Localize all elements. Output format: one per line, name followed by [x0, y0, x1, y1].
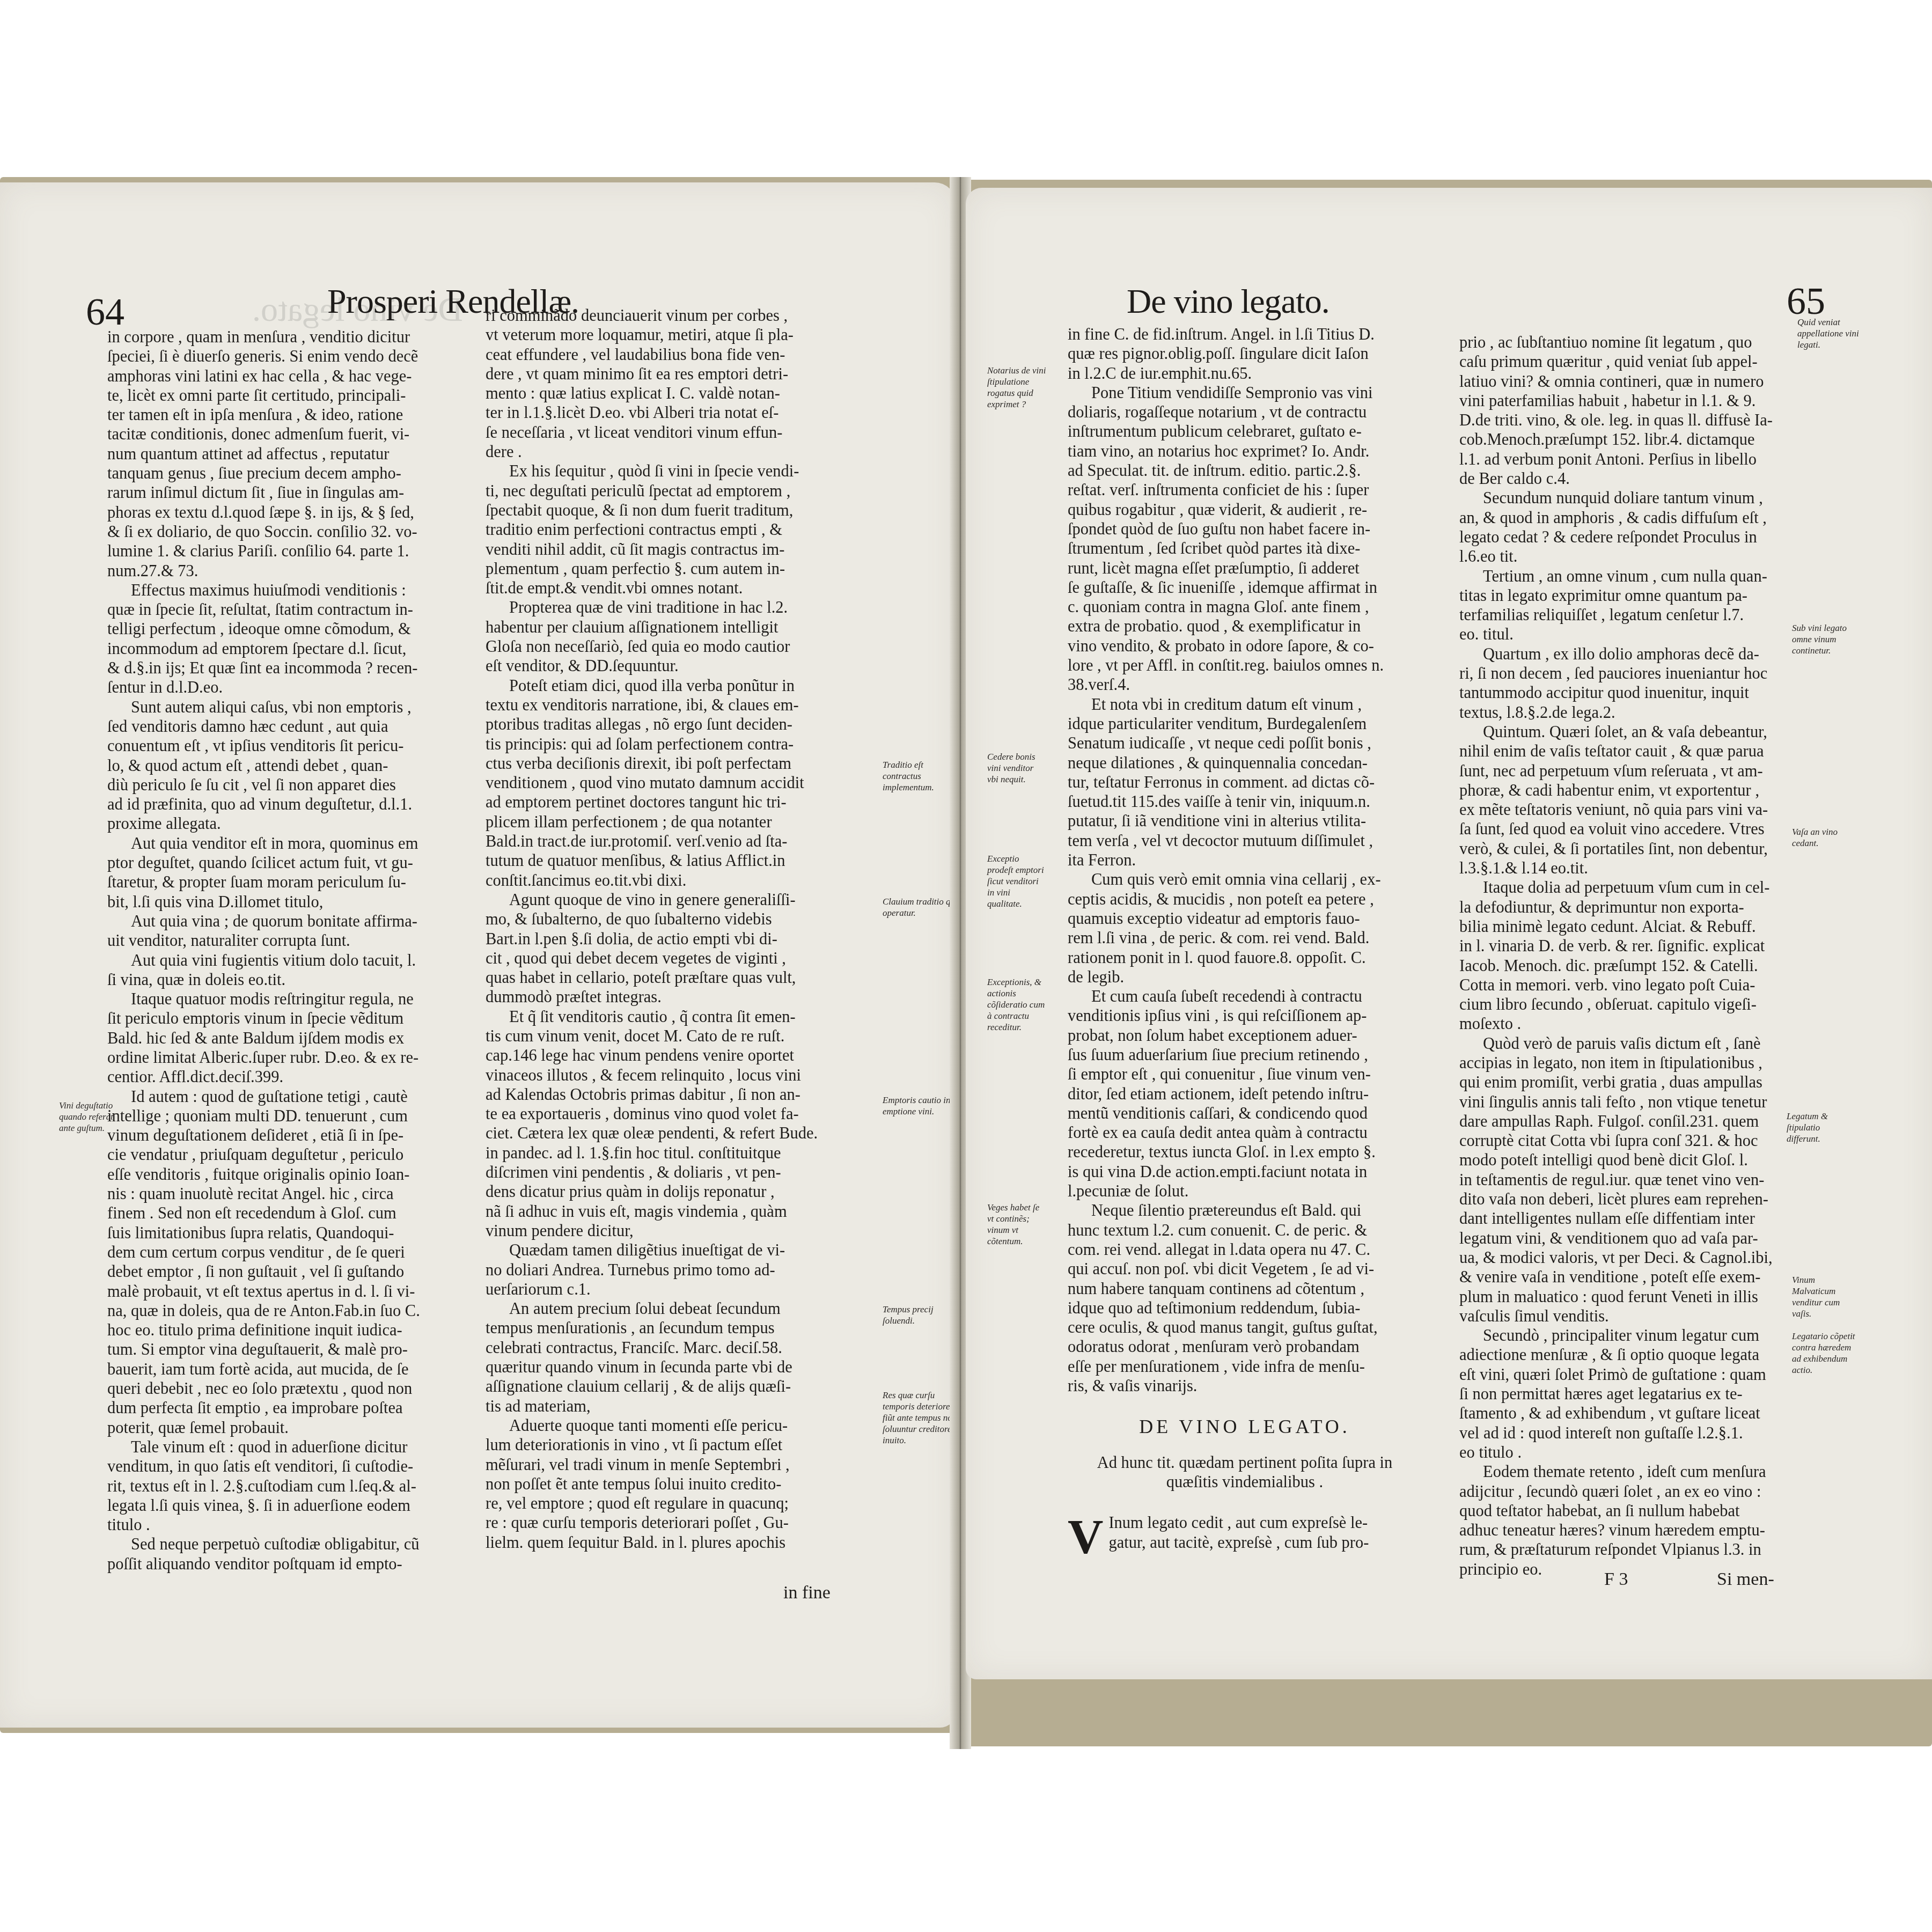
- text-line: eſſe per menſurationem , vide infra de m…: [1068, 1357, 1422, 1376]
- text-line: probat, non ſolum habet exceptionem adue…: [1068, 1026, 1422, 1045]
- text-line: ex mẽte teſtatoris veniunt, nõ quia pars…: [1459, 800, 1803, 819]
- text-line: poterit, quæ ſemel probauit.: [107, 1418, 478, 1437]
- text-line: rit, textus eſt in l. 2.§.cuſtodiam cum …: [107, 1476, 478, 1496]
- text-line: corruptè citat Cotta vbi ſupra conſ 321.…: [1459, 1131, 1803, 1150]
- text-line: tutum de quatuor menſibus, & latius Affl…: [486, 851, 872, 870]
- section-note: Ad hunc tit. quædam pertinent poſita ſup…: [1068, 1453, 1422, 1472]
- text-line: venditionem , quod vino mutato damnum ac…: [486, 773, 872, 792]
- text-line: & d.§.in ijs; Et quæ ſint ea incommoda ?…: [107, 658, 478, 678]
- text-line: celebrati contractus, Franciſc. Marc. de…: [486, 1338, 872, 1357]
- text-column-2: ri comminãdo deunciauerit vinum per corb…: [486, 306, 872, 1552]
- text-line: ptor deguſtet, quando ſcilicet actum fui…: [107, 853, 478, 872]
- text-line: & ſi ex doliario, de quo Soccin. conſili…: [107, 522, 478, 541]
- text-line: queri debebit , nec eo ſolo prætextu , q…: [107, 1379, 478, 1398]
- text-line: debet emptor , ſi non guſtauit , vel ſi …: [107, 1262, 478, 1281]
- margin-note: Cedere bonis vini venditor vbi nequit.: [987, 751, 1046, 785]
- text-line: Bart.in l.pen §.ſi dolia, de actio empti…: [486, 929, 872, 949]
- text-line: extra de probatio. quod , & exemplificat…: [1068, 616, 1422, 636]
- text-line: dum perfecta ſit emptio , ea improbare p…: [107, 1398, 478, 1417]
- text-line: Tertium , an omne vinum , cum nulla quan…: [1459, 567, 1803, 586]
- text-line: in fine C. de fid.inſtrum. Angel. in l.ſ…: [1068, 325, 1422, 344]
- text-line: qui accuſ. non poſ. vbi dicit Vegetem , …: [1068, 1259, 1422, 1279]
- text-line: dant intelligentes nullam eſſe diffentia…: [1459, 1209, 1803, 1228]
- text-line: tiam vino, an notarius hoc exprimet? Io.…: [1068, 442, 1422, 461]
- text-line: tis ad materiam,: [486, 1397, 872, 1416]
- text-column-1: in corpore , quam in menſura , venditio …: [107, 327, 478, 1574]
- text-line: l.3.§.1.& l.14 eo.tit.: [1459, 858, 1803, 878]
- text-line: ceat effundere , vel laudabilius bona fi…: [486, 345, 872, 364]
- text-line: quamuis exceptio videatur ad emptoris fa…: [1068, 909, 1422, 928]
- text-line: telligi perfectum , ideoque omne cõmodum…: [107, 619, 478, 638]
- text-line: reſtat. verſ. inſtrumenta conficiet de h…: [1068, 480, 1422, 499]
- text-line: ad Kalendas Octobris primas dabitur , ſi…: [486, 1085, 872, 1104]
- text-line: vel ad id : quod intereſt non guſtaſſe l…: [1459, 1423, 1803, 1443]
- text-line: eſt vini, quæri ſolet Primò de guſtation…: [1459, 1365, 1803, 1384]
- text-line: Sed neque perpetuò cuſtodiæ obligabitur,…: [107, 1534, 478, 1554]
- text-line: Poteſt etiam dici, quod illa verba ponũt…: [486, 676, 872, 695]
- text-line: non poſſet ẽt ante tempus ſolui inuito c…: [486, 1474, 872, 1494]
- text-line: cap.146 lege hac vinum pendens venire op…: [486, 1046, 872, 1065]
- text-line: ti, nec deguſtati periculũ ſpectat ad em…: [486, 481, 872, 501]
- text-line: eo titulo .: [1459, 1443, 1803, 1462]
- text-line: & venire vaſa in venditione , poteſt eſſ…: [1459, 1267, 1803, 1287]
- margin-note: Vini deguſtatio quando referat ante guſt…: [59, 1100, 118, 1134]
- text-line: venditi nihil addit, cũ ſit magis contra…: [486, 540, 872, 559]
- text-line: quibus rogabitur , quæ viderit, & audier…: [1068, 500, 1422, 519]
- running-head: De vino legato.: [1127, 282, 1329, 321]
- text-line: D.de triti. vino, & ole. leg. in quas ll…: [1459, 410, 1803, 430]
- text-line: Tale vinum eſt : quod in aduerſione dici…: [107, 1437, 478, 1457]
- text-line: qui enim promiſit, verbi gratia , duas a…: [1459, 1072, 1803, 1092]
- text-line: ad Speculat. tit. de inſtrum. editio. pa…: [1068, 461, 1422, 480]
- text-line: plicem illam perfectionem ; de qua notan…: [486, 812, 872, 832]
- text-line: finem . Sed non eſt recedendum à Gloſ. c…: [107, 1203, 478, 1223]
- text-line: Quædam tamen diligẽtius inueſtigat de vi…: [486, 1240, 872, 1260]
- text-line: ſpeciei, ſi è diuerſo generis. Si enim v…: [107, 347, 478, 366]
- text-line: num.27.& 73.: [107, 561, 478, 581]
- text-line: uit venditor, naturaliter corrupta ſunt.: [107, 931, 478, 950]
- text-column-1: in fine C. de fid.inſtrum. Angel. in l.ſ…: [1068, 325, 1422, 1558]
- catchword: Si men-: [1717, 1569, 1774, 1590]
- text-line: ua, & modici valoris, vt per Deci. & Cag…: [1459, 1248, 1803, 1267]
- margin-note: Legatario cõpetit contra hæredem ad exhi…: [1792, 1331, 1856, 1376]
- text-line: vinum pendere dicitur,: [486, 1221, 872, 1240]
- text-line: ordine limitat Alberic.ſuper rubr. D.eo.…: [107, 1048, 478, 1067]
- text-line: tanquam genus , ſiue precium decem ampho…: [107, 464, 478, 483]
- text-line: eſt venditor, & DD.ſequuntur.: [486, 656, 872, 675]
- text-line: quæritur quando vinum in ſecunda parte v…: [486, 1357, 872, 1377]
- margin-note: Exceptio prodeſt emptori ſicut venditori…: [987, 853, 1046, 909]
- text-line: tantummodo accipitur quod inuenitur, inq…: [1459, 683, 1803, 702]
- text-line: Eodem themate retento , ideſt cum menſur…: [1459, 1462, 1803, 1481]
- text-line: Et q̃ ſit venditoris cautio , q̃ contra …: [486, 1007, 872, 1026]
- text-line: venditionis ipſius vini , is qui reſciſſ…: [1068, 1006, 1422, 1025]
- text-line: ſi emptor eſt , qui conuenitur , ſiue vi…: [1068, 1064, 1422, 1084]
- text-line: dito vaſa non deberi, licèt plures eam r…: [1459, 1189, 1803, 1209]
- section-note: quæſitis vindemialibus .: [1068, 1472, 1422, 1492]
- text-line: ſpondet quòd de ſuo guſtu non habet face…: [1068, 519, 1422, 539]
- text-line: caſu primum quæritur , quid veniat ſub a…: [1459, 352, 1803, 371]
- left-page: De vino legato. 64 Prosperi Rendellæ. in…: [0, 182, 956, 1728]
- text-line: num quantum attinet ad affectus , reputa…: [107, 444, 478, 464]
- text-line: Quintum. Quæri ſolet, an & vaſa debeantu…: [1459, 722, 1803, 741]
- section-title: DE VINO LEGATO.: [1068, 1417, 1422, 1436]
- text-line: ris, & vaſis vinarijs.: [1068, 1376, 1422, 1395]
- text-line: Id autem : quod de guſtatione tetigi , c…: [107, 1087, 478, 1106]
- text-line: ſtamento , & ad exhibendum , vt guſtare …: [1459, 1404, 1803, 1423]
- text-line: dummodò præſtet integras.: [486, 987, 872, 1007]
- text-line: vaſculis ſimul venditis.: [1459, 1306, 1803, 1326]
- text-line: recederetur, textus iuncta Gloſ. in l.ex…: [1068, 1142, 1422, 1162]
- text-line: latiuo vini? & omnia contineri, quæ in n…: [1459, 372, 1803, 391]
- text-line: tur, teſtatur Ferronus in comment. ad di…: [1068, 773, 1422, 792]
- text-line: amphoras vini latini ex hac cella , & ha…: [107, 366, 478, 386]
- text-line: mẽſurari, vel tradi vinum in menſe Septe…: [486, 1455, 872, 1474]
- text-line: ſe neceſſaria , vt liceat venditori vinu…: [486, 423, 872, 442]
- text-line: in teſtamentis de regul.iur. quæ tenet v…: [1459, 1170, 1803, 1189]
- text-line: ſtit.de empt.& vendit.vbi omnes notant.: [486, 578, 872, 598]
- text-line: Quartum , ex illo dolio amphoras decẽ da…: [1459, 644, 1803, 664]
- text-line: ſuetud.tit 115.des vaiſſe à tenir vin, i…: [1068, 792, 1422, 811]
- text-line: conſtit.ſancimus eo.tit.vbi dixi.: [486, 871, 872, 890]
- text-line: nã ſi adhuc in vuis eſt, magis vindemia …: [486, 1202, 872, 1221]
- text-line: vino vendito, & probato in odore ſapore,…: [1068, 636, 1422, 656]
- text-line: nihil enim de vaſis teſtator cauit , & q…: [1459, 741, 1803, 761]
- text-line: ſtaretur, & propter ſuam moram periculum…: [107, 872, 478, 892]
- text-line: Agunt quoque de vino in genere generaliſ…: [486, 890, 872, 909]
- text-line: tis cum vinum venit, docet M. Cato de re…: [486, 1026, 872, 1046]
- text-line: Et cum cauſa ſubeſt recedendi à contract…: [1068, 987, 1422, 1006]
- text-line: dens dicatur prius quàm in dolijs repona…: [486, 1182, 872, 1201]
- text-line: la defodiuntur, & deprimuntur non export…: [1459, 898, 1803, 917]
- text-line: tis principis: qui ad ſolam perfectionem…: [486, 734, 872, 754]
- text-line: nis : quam inuolutè recitat Angel. hic ,…: [107, 1184, 478, 1203]
- text-line: quæ res pignor.oblig.poſſ. ſingulare dic…: [1068, 344, 1422, 363]
- text-line: ri, ſi non decem , ſed pauciores inuenia…: [1459, 664, 1803, 683]
- text-line: mo, & ſubalterno, de quo ſubalterno vide…: [486, 909, 872, 929]
- text-line: te ea exportaueris , dominus vino quod v…: [486, 1104, 872, 1123]
- text-line: lumine 1. & clarius Pariſi. conſilio 64.…: [107, 541, 478, 561]
- text-line: 38.verſ.4.: [1068, 675, 1422, 694]
- signature-mark: F 3: [1604, 1569, 1628, 1590]
- text-line: putatur, ſi iã venditione vini in alteri…: [1068, 811, 1422, 831]
- text-line: ita Ferron.: [1068, 850, 1422, 870]
- margin-note: Quid veniat appellatione vini legati.: [1797, 317, 1862, 350]
- text-line: Cotta in memori. verb. vino legato poſt …: [1459, 975, 1803, 995]
- text-line: phoræ, & cadi habentur enim, vt exporten…: [1459, 781, 1803, 800]
- text-line: re : quæ curſu temporis deteriorari poſſ…: [486, 1513, 872, 1532]
- text-line: hunc textum l.2. cum conuenit. C. de per…: [1068, 1221, 1422, 1240]
- text-line: eo. titul.: [1459, 625, 1803, 644]
- margin-note: Legatum & ſtipulatio differunt.: [1787, 1111, 1851, 1144]
- text-line: proxime allegata.: [107, 814, 478, 833]
- text-line: quas habet in cellario, poteſt præſtare …: [486, 968, 872, 987]
- text-line: an, & quod in amphoris , & cadis diffuſu…: [1459, 508, 1803, 527]
- text-line: ſentur in d.l.D.eo.: [107, 678, 478, 697]
- text-line: plum in maluatico : quod ferunt Veneti i…: [1459, 1287, 1803, 1306]
- text-line: Neque ſilentio prætereundus eſt Bald. qu…: [1068, 1201, 1422, 1220]
- text-line: Itaque dolia ad perpetuum vſum cum in ce…: [1459, 878, 1803, 897]
- text-line: diù periculo ſe ſu cit , vel ſi non appa…: [107, 775, 478, 795]
- text-line: tem verſa , vel vt decoctor mutuum diſſi…: [1068, 831, 1422, 850]
- text-line: ſe guſtaſſe, & ſic inueniſſe , idemque a…: [1068, 578, 1422, 597]
- text-line: habentur per clauium aſſignationem intel…: [486, 618, 872, 637]
- text-line: Effectus maximus huiuſmodi venditionis :: [107, 581, 478, 600]
- text-line: Cum quis verò emit omnia vina cellarij ,…: [1068, 870, 1422, 889]
- text-line: in l. vinaria D. de verb. & rer. ſignifi…: [1459, 936, 1803, 956]
- text-line: idque quo ad teſtimonium reddendum, ſubi…: [1068, 1298, 1422, 1318]
- text-line: tacitæ conditionis, donec admenſum fueri…: [107, 424, 478, 444]
- text-line: mento : quæ latius explicat I. C. valdè …: [486, 384, 872, 403]
- text-line: in corpore , quam in menſura , venditio …: [107, 327, 478, 347]
- text-line: Aut quia vini fugientis vitium dolo tacu…: [107, 951, 478, 970]
- text-line: bauerit, iam tum fortè acida, aut mucida…: [107, 1360, 478, 1379]
- text-line: idque particulariter venditum, Burdegale…: [1068, 714, 1422, 733]
- text-line: runt, licèt magna eſſet præſumptio, ſi a…: [1068, 559, 1422, 578]
- text-line: inſtrumentum publicum celebraret, guſtat…: [1068, 422, 1422, 441]
- text-line: Aut quia vina ; de quorum bonitate affir…: [107, 912, 478, 931]
- text-line: ceptis acidis, & mucidis , non poteſt ea…: [1068, 890, 1422, 909]
- text-line: ſpectabit quoque, & ſi non dum fuerit tr…: [486, 501, 872, 520]
- text-line: te, licèt ex omni parte ſit certitudo, p…: [107, 386, 478, 405]
- text-line: titulo .: [107, 1515, 478, 1534]
- text-line: lum deteriorationis in vino , vt ſi pact…: [486, 1435, 872, 1454]
- text-line: bit, l.ſi quis vina D.illomet titulo,: [107, 892, 478, 912]
- text-line: Iacob. Menoch. dic. præſumpt 152. & Cate…: [1459, 956, 1803, 975]
- text-line: ſus ſuum aduerſarium ſiue precium retine…: [1068, 1045, 1422, 1064]
- text-line: adhuc teneatur hæres? vinum hæredem empt…: [1459, 1520, 1803, 1540]
- text-line: Propterea quæ de vini traditione in hac …: [486, 598, 872, 617]
- text-line: de Ber caldo c.4.: [1459, 469, 1803, 488]
- text-line: num habere tanquam continens ad cõtentum…: [1068, 1279, 1422, 1298]
- text-line: doliaris, rogaſſeque notarium , vt de co…: [1068, 402, 1422, 422]
- text-line: ſunt, nec ad perpetuum vſum reſeruata , …: [1459, 761, 1803, 781]
- text-line: accipias in legato, non item in ſtipulat…: [1459, 1053, 1803, 1072]
- text-line: Itaque quatuor modis reſtringitur regula…: [107, 989, 478, 1009]
- text-line: vinaceos illutos , & fecem relinquito , …: [486, 1066, 872, 1085]
- text-line: ſi non permittat hæres aget legatarius e…: [1459, 1384, 1803, 1404]
- text-line: textus, l.8.§.2.de lega.2.: [1459, 703, 1803, 722]
- text-line: ſit periculo emptoris vinum in ſpecie vẽ…: [107, 1009, 478, 1028]
- text-line: Ex his ſequitur , quòd ſi vini in ſpecie…: [486, 461, 872, 481]
- text-line: Secundò , principaliter vinum legatur cu…: [1459, 1326, 1803, 1345]
- text-line: is qui vina D.de action.empti.faciunt no…: [1068, 1162, 1422, 1181]
- text-line: gatur, aut tacitè, expreſsè , cum ſub pr…: [1068, 1533, 1422, 1552]
- text-line: l.pecuniæ de ſolut.: [1068, 1181, 1422, 1201]
- right-page: De vino legato. 65 in fine C. de fid.inſ…: [966, 188, 1932, 1679]
- text-line: dere , vt quam minimo ſit ea res emptori…: [486, 364, 872, 384]
- text-line: ter in l.1.§.licèt D.eo. vbi Alberi tria…: [486, 403, 872, 422]
- text-line: cium libro ſecundo , obſeruat. capitulo …: [1459, 995, 1803, 1014]
- text-line: adijcitur , ſecundò quæri ſolet , an ex …: [1459, 1482, 1803, 1501]
- text-line: plementum , quam perfectio §. cum autem …: [486, 559, 872, 578]
- text-line: Et nota vbi in creditum datum eſt vinum …: [1068, 695, 1422, 714]
- margin-note: Notarius de vini ſtipulatione rogatus qu…: [987, 365, 1046, 410]
- text-line: Aut quia venditor eſt in mora, quominus …: [107, 834, 478, 853]
- margin-note: Veges habet ſe vt continẽs; vinum vt cõt…: [987, 1202, 1046, 1247]
- text-line: intellige ; quoniam multi DD. tenuerunt …: [107, 1106, 478, 1126]
- text-line: in pandec. ad l. 1.§.fin hoc titul. conſ…: [486, 1143, 872, 1163]
- text-line: ter tamen eſt in ipſa menſura , & ideo, …: [107, 405, 478, 424]
- text-line: Senatum iudicaſſe , vt neque cedi poſſit…: [1068, 733, 1422, 753]
- text-line: mentũ venditionis caſſari, & condicendo …: [1068, 1104, 1422, 1123]
- text-line: titas in legato exprimitur omne quantum …: [1459, 586, 1803, 605]
- text-line: bilia minimè legato cedunt. Alciat. & Re…: [1459, 917, 1803, 936]
- text-line: moſexto .: [1459, 1014, 1803, 1033]
- text-line: ſa ſunt, ſed quod ea voluit vino acceder…: [1459, 819, 1803, 839]
- text-line: dere .: [486, 442, 872, 461]
- text-line: com. rei vend. allegat in l.data opera n…: [1068, 1240, 1422, 1259]
- text-line: uerſariorum c.1.: [486, 1280, 872, 1299]
- text-line: adiectione menſuræ , & ſi optio quoque l…: [1459, 1345, 1803, 1364]
- text-line: ditor, ſed etiam actionem, ideſt petendo…: [1068, 1084, 1422, 1104]
- text-line: cit , quod qui debet decem vegetes de vi…: [486, 949, 872, 968]
- text-line: odoratus odorat , menſuram verò probanda…: [1068, 1337, 1422, 1356]
- drop-cap: V: [1068, 1515, 1103, 1558]
- text-line: hoc eo. titulo prima definitione inquit …: [107, 1320, 478, 1340]
- text-line: l.6.eo tit.: [1459, 547, 1803, 566]
- text-line: quod teſtator habebat, an ſi nullum habe…: [1459, 1501, 1803, 1520]
- text-line: Bald. hic ſed & ante Baldum ijſdem modis…: [107, 1029, 478, 1048]
- margin-note: Vaſa an vino cedant.: [1792, 826, 1856, 849]
- text-line: ad emptorem pertinet doctores tangunt hi…: [486, 792, 872, 812]
- text-line: ctus verba deciſionis direxit, ibi poſt …: [486, 754, 872, 773]
- text-line: lielm. quem ſequitur Bald. in l. plures …: [486, 1533, 872, 1552]
- text-line: vt veterum more loquamur, metiri, atque …: [486, 325, 872, 344]
- text-line: textu ex venditoris narratione, ibi, & c…: [486, 695, 872, 715]
- text-line: ciet. Cætera lex quæ oleæ pendenti, & re…: [486, 1123, 872, 1143]
- text-line: ſed venditoris damno hæc cedunt , aut qu…: [107, 717, 478, 736]
- text-line: ſuis limitationibus ſupra relatis, Quand…: [107, 1223, 478, 1243]
- text-line: eſſe venditoris , fuitque originalis opi…: [107, 1165, 478, 1184]
- text-line: rationem ponit in l. quod fauore.8. oppo…: [1068, 948, 1422, 967]
- text-line: legato cedat ? & cedere reſpondet Procul…: [1459, 527, 1803, 547]
- text-line: Pone Titium vendidiſſe Sempronio vas vin…: [1068, 383, 1422, 402]
- text-line: legata l.ſi quis vinea, §. ſi in aduerſi…: [107, 1496, 478, 1515]
- text-line: na, quæ in doleis, qua de re Anton.Fab.i…: [107, 1301, 478, 1320]
- text-line: ad id præfinita, quo ad vinum deguſtetur…: [107, 795, 478, 814]
- catchword: in fine: [783, 1583, 831, 1603]
- text-line: conuentum eſt , vt ipſius venditoris ſit…: [107, 736, 478, 755]
- text-line: ſtrumentum , ſed ſcribet quòd partes ità…: [1068, 539, 1422, 558]
- text-line: poſſit aliquando venditor poſtquam id em…: [107, 1554, 478, 1574]
- text-line: Bald.in tract.de iur.protomiſ. verſ.veni…: [486, 832, 872, 851]
- text-line: ſi vina, quæ in doleis eo.tit.: [107, 970, 478, 989]
- text-line: rem l.ſi vina , de peric. & com. rei ven…: [1068, 928, 1422, 947]
- chapter-opening: VInum legato cedit , aut cum expreſsè le…: [1068, 1513, 1422, 1552]
- text-line: Aduerte quoque tanti momenti eſſe pericu…: [486, 1416, 872, 1435]
- text-line: vini paterfamilias habuit , habetur in l…: [1459, 391, 1803, 410]
- text-line: cie vendatur , priuſquam deguſtetur , pe…: [107, 1145, 478, 1164]
- text-line: lo, & quod actum eſt , attendi debet , q…: [107, 756, 478, 775]
- text-line: phoras ex textu d.l.quod ſæpe §. in ijs,…: [107, 503, 478, 522]
- text-line: prio , ac ſubſtantiuo nomine ſit legatum…: [1459, 333, 1803, 352]
- text-line: tempus menſurationis , an ſecundum tempu…: [486, 1318, 872, 1338]
- text-line: cere oculis, & quod manus tangit, guſtus…: [1068, 1318, 1422, 1337]
- text-line: ri comminãdo deunciauerit vinum per corb…: [486, 306, 872, 325]
- text-line: Secundum nunquid doliare tantum vinum ,: [1459, 488, 1803, 508]
- text-line: de legib.: [1068, 967, 1422, 987]
- text-line: Inum legato cedit , aut cum expreſsè le-: [1068, 1513, 1422, 1532]
- text-line: traditio enim perfectioni contractus emp…: [486, 520, 872, 539]
- text-line: centior. Affl.dict.deciſ.399.: [107, 1067, 478, 1086]
- text-line: vini ſingulis annis tali feſto , non vti…: [1459, 1092, 1803, 1112]
- text-line: l.1. ad verbum ponit Antoni. Perſius in …: [1459, 450, 1803, 469]
- text-line: quæ in ſpecie ſit, reſultat, ſtatim cont…: [107, 600, 478, 619]
- text-line: terfamilias reliquiſſet , legatum cenſet…: [1459, 605, 1803, 625]
- text-line: rum, & præſtaturum reſpondet Vlpianus l.…: [1459, 1540, 1803, 1559]
- margin-note: Vinum Malvaticum venditur cum vaſis.: [1792, 1274, 1856, 1319]
- text-line: neque dilationes , & quinquennalia conce…: [1068, 753, 1422, 773]
- text-line: diſcrimen vini pendentis , & doliaris , …: [486, 1163, 872, 1182]
- text-line: verò, & culei, & ſi portatiles ſint, non…: [1459, 839, 1803, 858]
- text-line: cob.Menoch.præſumpt 152. libr.4. dictamq…: [1459, 430, 1803, 449]
- text-line: c. quoniam contra in magna Gloſ. ante fi…: [1068, 597, 1422, 616]
- text-line: re, vel emptore ; quod eſt regulare in q…: [486, 1494, 872, 1513]
- text-line: incommodum ad emptorem ſpectare d.l. ſic…: [107, 639, 478, 658]
- text-line: dem cum certum corpus venditur , de ſe q…: [107, 1243, 478, 1262]
- text-line: Sunt autem aliqui caſus, vbi non emptori…: [107, 697, 478, 717]
- text-line: dare ampullas Raph. Fulgoſ. conſil.231. …: [1459, 1112, 1803, 1131]
- text-line: aſſignatione clauium cellarij , & de ali…: [486, 1377, 872, 1396]
- text-line: no doliari Andrea. Turnebus primo tomo a…: [486, 1260, 872, 1280]
- text-line: malè probauit, vt eſt textus apertus in …: [107, 1282, 478, 1301]
- text-column-2: prio , ac ſubſtantiuo nomine ſit legatum…: [1459, 333, 1803, 1579]
- text-line: in l.2.C de iur.emphit.nu.65.: [1068, 364, 1422, 383]
- text-line: lore , vt per Affl. in conſtit.reg. baiu…: [1068, 656, 1422, 675]
- text-line: Quòd verò de paruis vaſis dictum eſt , ſ…: [1459, 1034, 1803, 1053]
- text-line: An autem precium ſolui debeat ſecundum: [486, 1299, 872, 1318]
- text-line: rarum inſimul dictum ſit , ſiue in ſingu…: [107, 483, 478, 502]
- text-line: tum. Si emptor vina deguſtauerit, & malè…: [107, 1340, 478, 1359]
- text-line: fortè ex ea cauſa dedit antea quàm à con…: [1068, 1123, 1422, 1142]
- text-line: venditum, in quo ſatis eſt venditori, ſi…: [107, 1457, 478, 1476]
- text-line: legatum vini, & venditionem quo ad vaſa …: [1459, 1229, 1803, 1248]
- margin-note: Exceptionis, & actionis cõſideratio cum …: [987, 976, 1046, 1033]
- margin-note: Sub vini legato omne vinum continetur.: [1792, 622, 1856, 656]
- text-line: Gloſa non neceſſariò, ſed quia eo modo c…: [486, 637, 872, 656]
- text-line: ptoribus traditas allegas , nõ ergo ſunt…: [486, 715, 872, 734]
- text-line: vinum deguſtationem deſideret , etiã ſi …: [107, 1126, 478, 1145]
- text-line: modo poteſt intelligi quod benè dicit Gl…: [1459, 1150, 1803, 1170]
